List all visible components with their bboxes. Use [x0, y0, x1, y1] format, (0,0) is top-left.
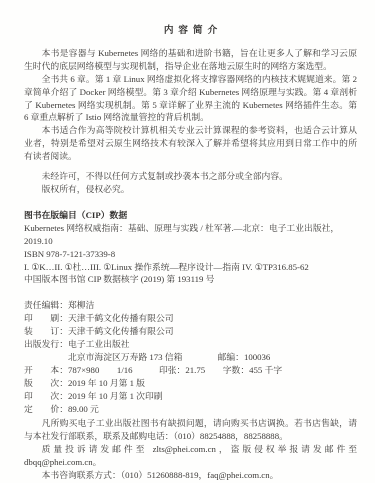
page-title: 内容简介 — [24, 25, 357, 38]
colophon-line-price: 定 价：89.00 元 — [24, 403, 357, 416]
service-note: 本书咨询联系方式：（010）51260888-819，faq@phei.com.… — [24, 469, 357, 482]
colophon-line-address: 北京市海淀区万寿路 173 信箱 邮编：100036 — [24, 351, 357, 364]
cip-line: Kubernetes 网络权威指南：基础、原理与实践 / 杜军著.—北京：电子工… — [24, 222, 357, 248]
colophon-line-binder: 装 订：天津千鹤文化传播有限公司 — [24, 325, 357, 338]
cip-line: I. ①K…II. ①杜…III. ①Linux 操作系统—程序设计—指南 IV… — [24, 261, 357, 274]
book-copyright-page: 内容简介 本书是容器与 Kubernetes 网络的基础和进阶书籍，旨在让更多人… — [0, 0, 375, 483]
cip-line: 中国版本图书馆 CIP 数据核字 (2019) 第 193119 号 — [24, 273, 357, 286]
colophon-line-publisher: 出版发行：电子工业出版社 — [24, 338, 357, 351]
cip-section: 图书在版编目（CIP）数据 Kubernetes 网络权威指南：基础、原理与实践… — [24, 209, 357, 286]
intro-paragraph: 本书是容器与 Kubernetes 网络的基础和进阶书籍，旨在让更多人了解和学习… — [24, 47, 357, 73]
colophon-line-editor: 责任编辑：郑柳洁 — [24, 299, 357, 312]
service-note: 凡所购买电子工业出版社图书有缺损问题，请向购买书店调换。若书店售缺，请与本社发行… — [24, 417, 357, 443]
colophon-line-impression: 印 次：2019 年 10 月第 1 次印刷 — [24, 390, 357, 403]
colophon-line-printer: 印 刷：天津千鹤文化传播有限公司 — [24, 312, 357, 325]
copyright-notice: 未经许可，不得以任何方式复制或抄袭本书之部分或全部内容。 版权所有，侵权必究。 — [24, 170, 357, 196]
copyright-notice-line: 未经许可，不得以任何方式复制或抄袭本书之部分或全部内容。 — [24, 170, 357, 183]
service-notes-section: 凡所购买电子工业出版社图书有缺损问题，请向购买书店调换。若书店售缺，请与本社发行… — [24, 417, 357, 482]
cip-line: ISBN 978-7-121-37339-8 — [24, 248, 357, 261]
service-note: 质量投诉请发邮件至 zlts@phei.com.cn，盗版侵权举报请发邮件至 d… — [24, 443, 357, 469]
colophon-line-edition: 版 次：2019 年 10 月第 1 版 — [24, 377, 357, 390]
intro-paragraph: 本书适合作为高等院校计算机相关专业云计算课程的参考资料，也适合云计算从业者，特别… — [24, 124, 357, 163]
colophon-line-format: 开 本：787×980 1/16 印张：21.75 字数：455 千字 — [24, 364, 357, 377]
copyright-notice-line: 版权所有，侵权必究。 — [24, 183, 357, 196]
intro-paragraph: 全书共 6 章。第 1 章 Linux 网络虚拟化将支撑容器网络的内核技术娓娓道… — [24, 73, 357, 125]
cip-heading: 图书在版编目（CIP）数据 — [24, 209, 357, 222]
intro-section: 本书是容器与 Kubernetes 网络的基础和进阶书籍，旨在让更多人了解和学习… — [24, 47, 357, 163]
colophon-section: 责任编辑：郑柳洁 印 刷：天津千鹤文化传播有限公司 装 订：天津千鹤文化传播有限… — [24, 299, 357, 415]
